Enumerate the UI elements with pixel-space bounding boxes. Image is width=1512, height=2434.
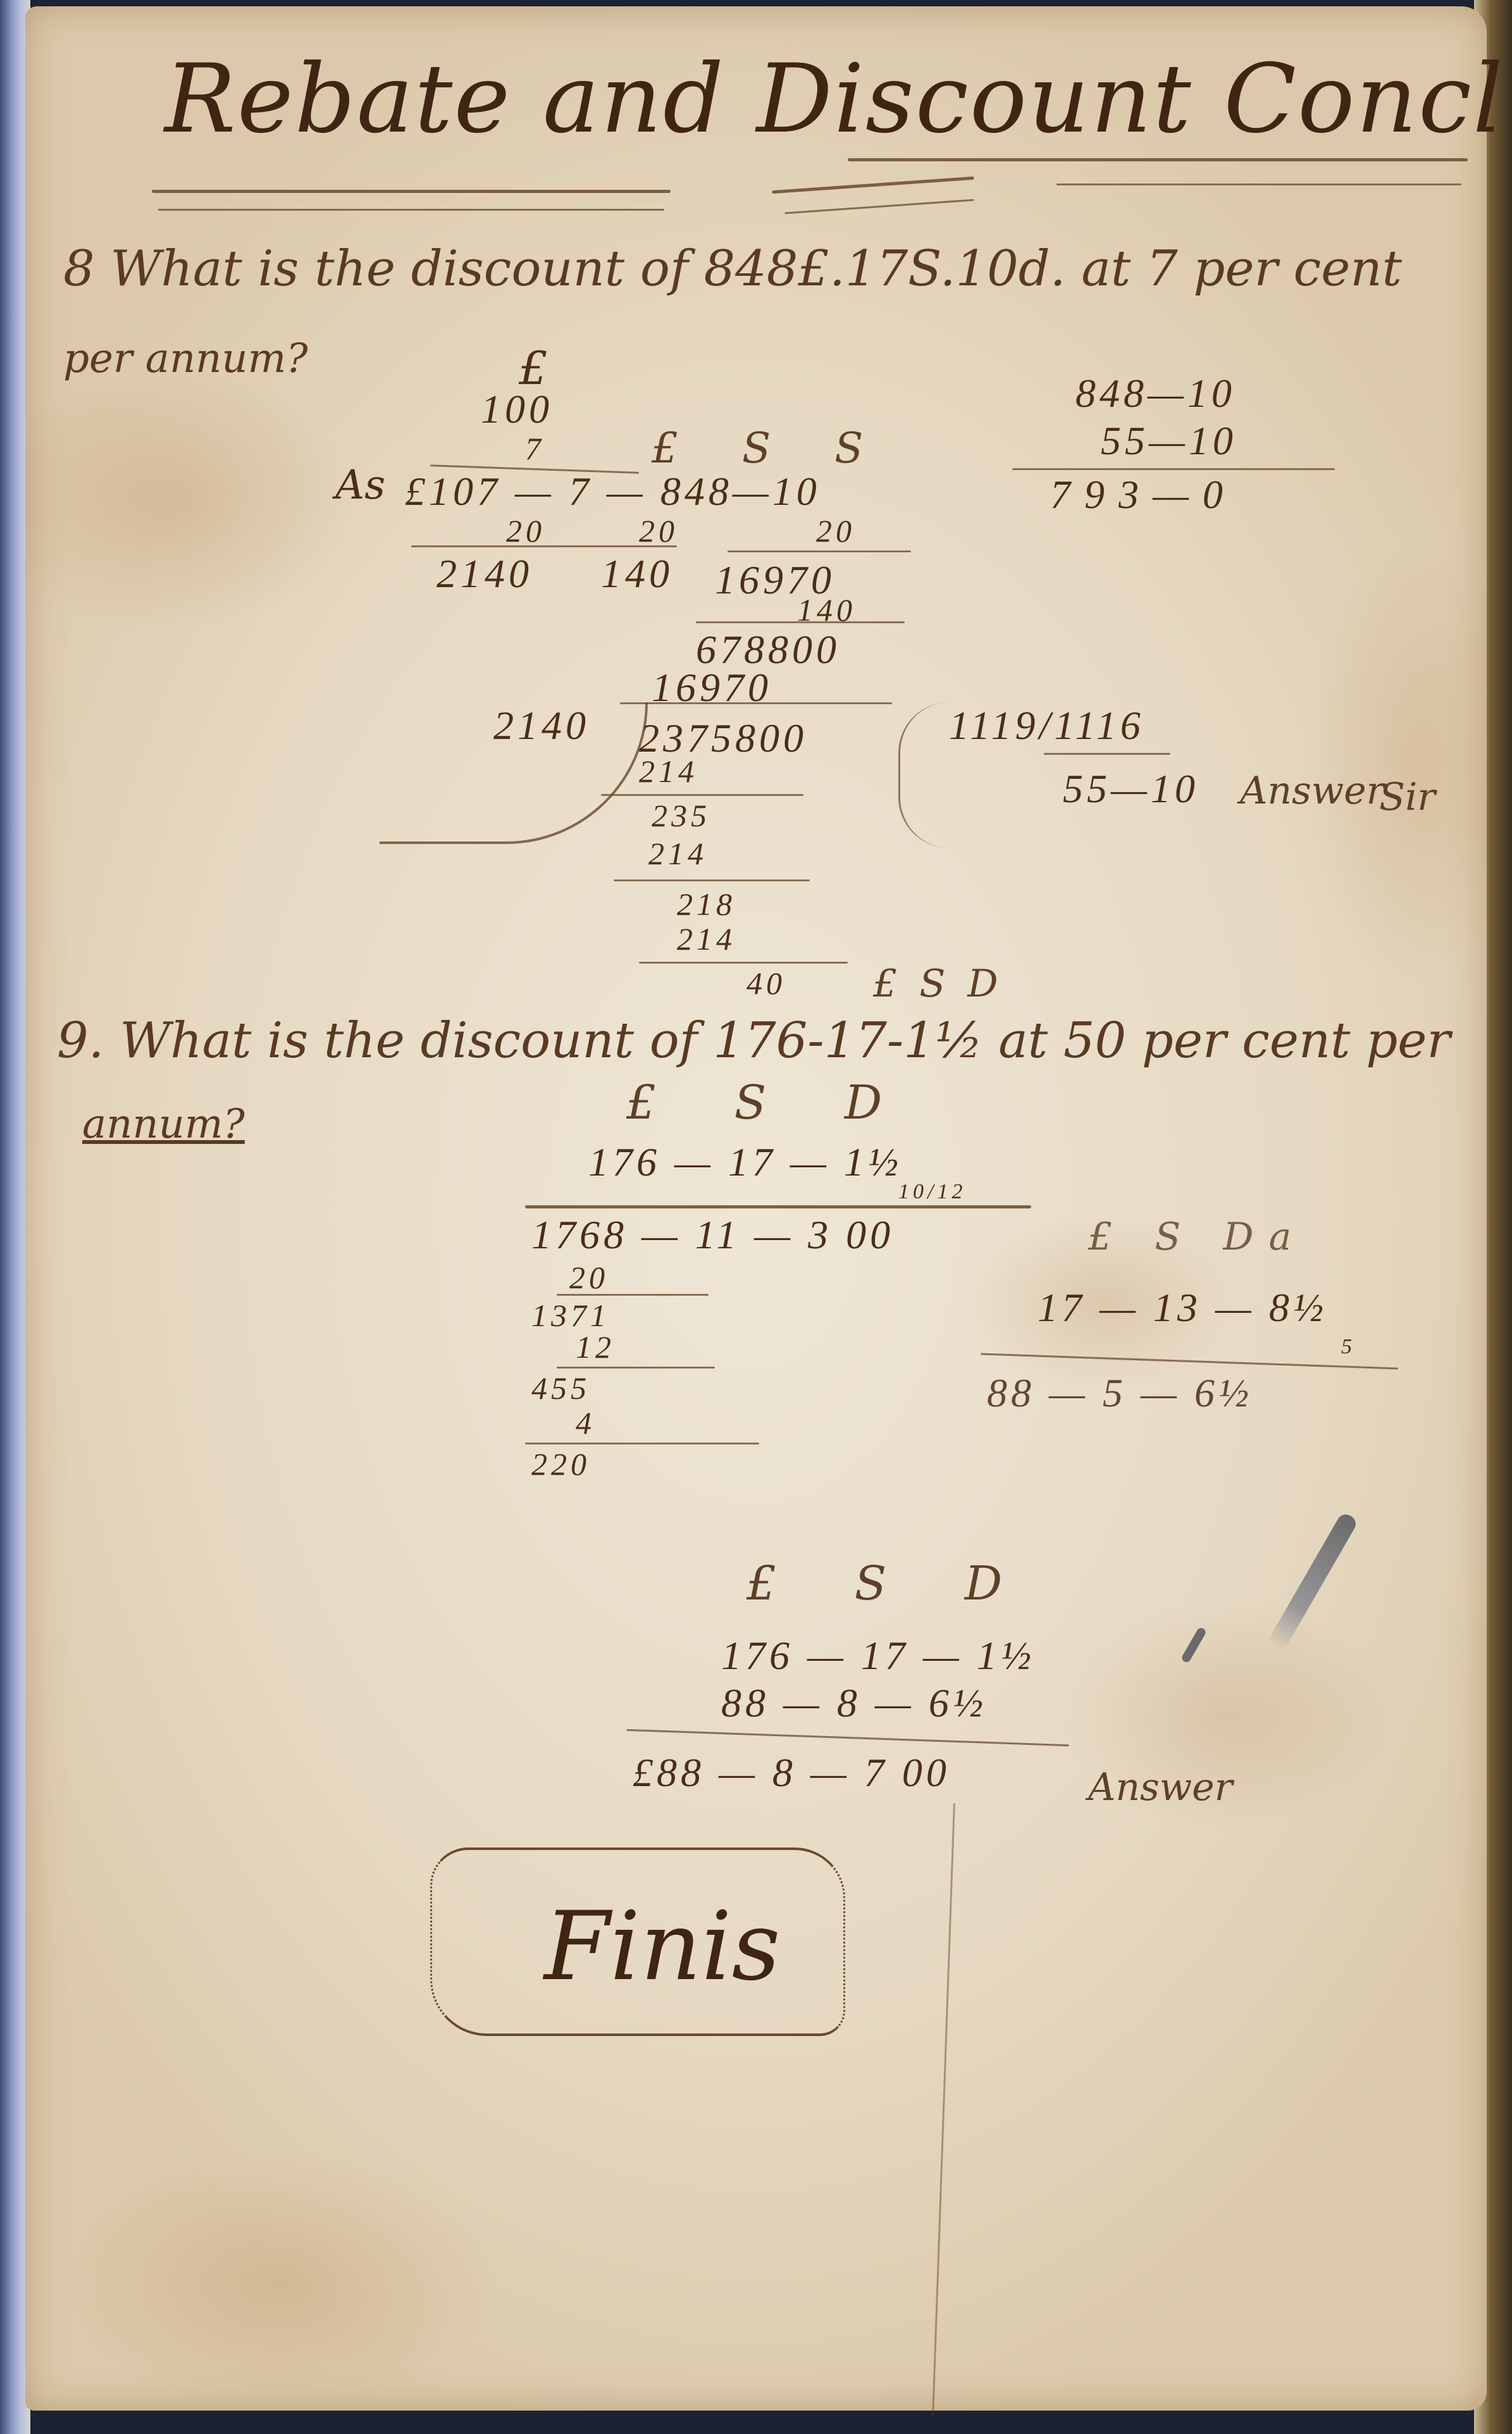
question-9-text: 9. What is the discount of 176-17-1½ at … xyxy=(57,1012,1451,1069)
rule xyxy=(728,550,911,552)
as-label: As xyxy=(335,462,385,509)
quotient: 1119/1116 xyxy=(949,702,1144,749)
product-2140: 2140 xyxy=(437,550,533,597)
rule xyxy=(1012,468,1335,470)
q9-row-20: 20 xyxy=(569,1259,609,1296)
answer-8-value: 55—10 xyxy=(1063,766,1199,812)
division-step-218: 218 xyxy=(677,886,736,922)
rule xyxy=(525,1443,759,1444)
q9-row-455: 455 xyxy=(531,1370,590,1406)
rule xyxy=(525,1205,1031,1208)
division-step-214b: 214 xyxy=(648,835,707,872)
final-row-1: 176 — 17 — 1½ xyxy=(721,1632,1035,1679)
division-bar xyxy=(620,702,892,704)
mult-20-c: 20 xyxy=(816,512,855,549)
answer-8-suffix: Sir xyxy=(1379,775,1435,819)
calc-row-7: 7 xyxy=(525,430,545,467)
q9-right-row-1: 17 — 13 — 8½ xyxy=(1038,1284,1327,1331)
q9-currency-above: £ S D xyxy=(873,962,1003,1006)
final-result: £88 — 8 — 7 00 xyxy=(633,1749,950,1796)
answer-8-label: Answer xyxy=(1240,769,1384,813)
proportion-row: £107 — 7 — 848—10 xyxy=(405,468,821,515)
q9-row-4: 4 xyxy=(576,1405,595,1441)
final-answer-label: Answer xyxy=(1088,1765,1232,1810)
q9-row-1: 176 — 17 — 1½ xyxy=(588,1139,902,1186)
question-8-text-cont: per annum? xyxy=(63,335,308,382)
title-underline-right xyxy=(848,158,1468,161)
subtract-row-2: 55—10 xyxy=(1101,418,1237,464)
q9-lsd-header: £ S D xyxy=(626,1076,914,1130)
question-9-text-cont: annum? xyxy=(82,1101,245,1148)
title-double-rule-right xyxy=(1057,183,1461,185)
mult-20-a: 20 xyxy=(506,512,545,549)
rule xyxy=(1044,753,1170,755)
title-double-rule-left xyxy=(158,209,664,211)
mult-20-b: 20 xyxy=(639,512,678,549)
title-underline-left xyxy=(152,190,671,193)
final-lsd-header: £ S D xyxy=(747,1556,1034,1611)
subtract-row-1: 848—10 xyxy=(1075,370,1236,417)
finis-text: Finis xyxy=(544,1892,781,2002)
rule xyxy=(696,621,905,623)
product-140: 140 xyxy=(601,550,673,597)
rule xyxy=(601,794,803,796)
division-step-235: 235 xyxy=(652,797,710,834)
rule xyxy=(411,545,677,547)
division-remainder-40: 40 xyxy=(747,965,786,1002)
question-8-text: 8 What is the discount of 848£.17S.10d. … xyxy=(63,240,1402,297)
page-title: Rebate and Discount Concluded xyxy=(164,44,1512,154)
rule xyxy=(639,962,848,964)
q9-right-result: 88 — 5 — 6½ xyxy=(987,1370,1253,1417)
q9-right-row-1-note: 5 xyxy=(1341,1335,1356,1359)
final-row-2: 88 — 8 — 6½ xyxy=(721,1680,987,1727)
q9-right-header: £ S Da xyxy=(1088,1215,1306,1259)
q9-row-12: 12 xyxy=(576,1329,615,1365)
q9-row-2: 1768 — 11 — 3 00 xyxy=(531,1212,894,1258)
q9-row-220: 220 xyxy=(531,1446,590,1482)
q9-row-1-note: 10/12 xyxy=(898,1180,966,1204)
calc-row-100: 100 xyxy=(481,386,553,433)
rule xyxy=(557,1294,709,1296)
division-step-214: 214 xyxy=(639,753,698,790)
rule xyxy=(557,1367,715,1369)
subtract-result: 793—0 xyxy=(1050,471,1237,518)
currency-header-lsd: £ S S xyxy=(652,424,888,473)
rule xyxy=(614,879,810,881)
division-step-214c: 214 xyxy=(677,921,736,957)
